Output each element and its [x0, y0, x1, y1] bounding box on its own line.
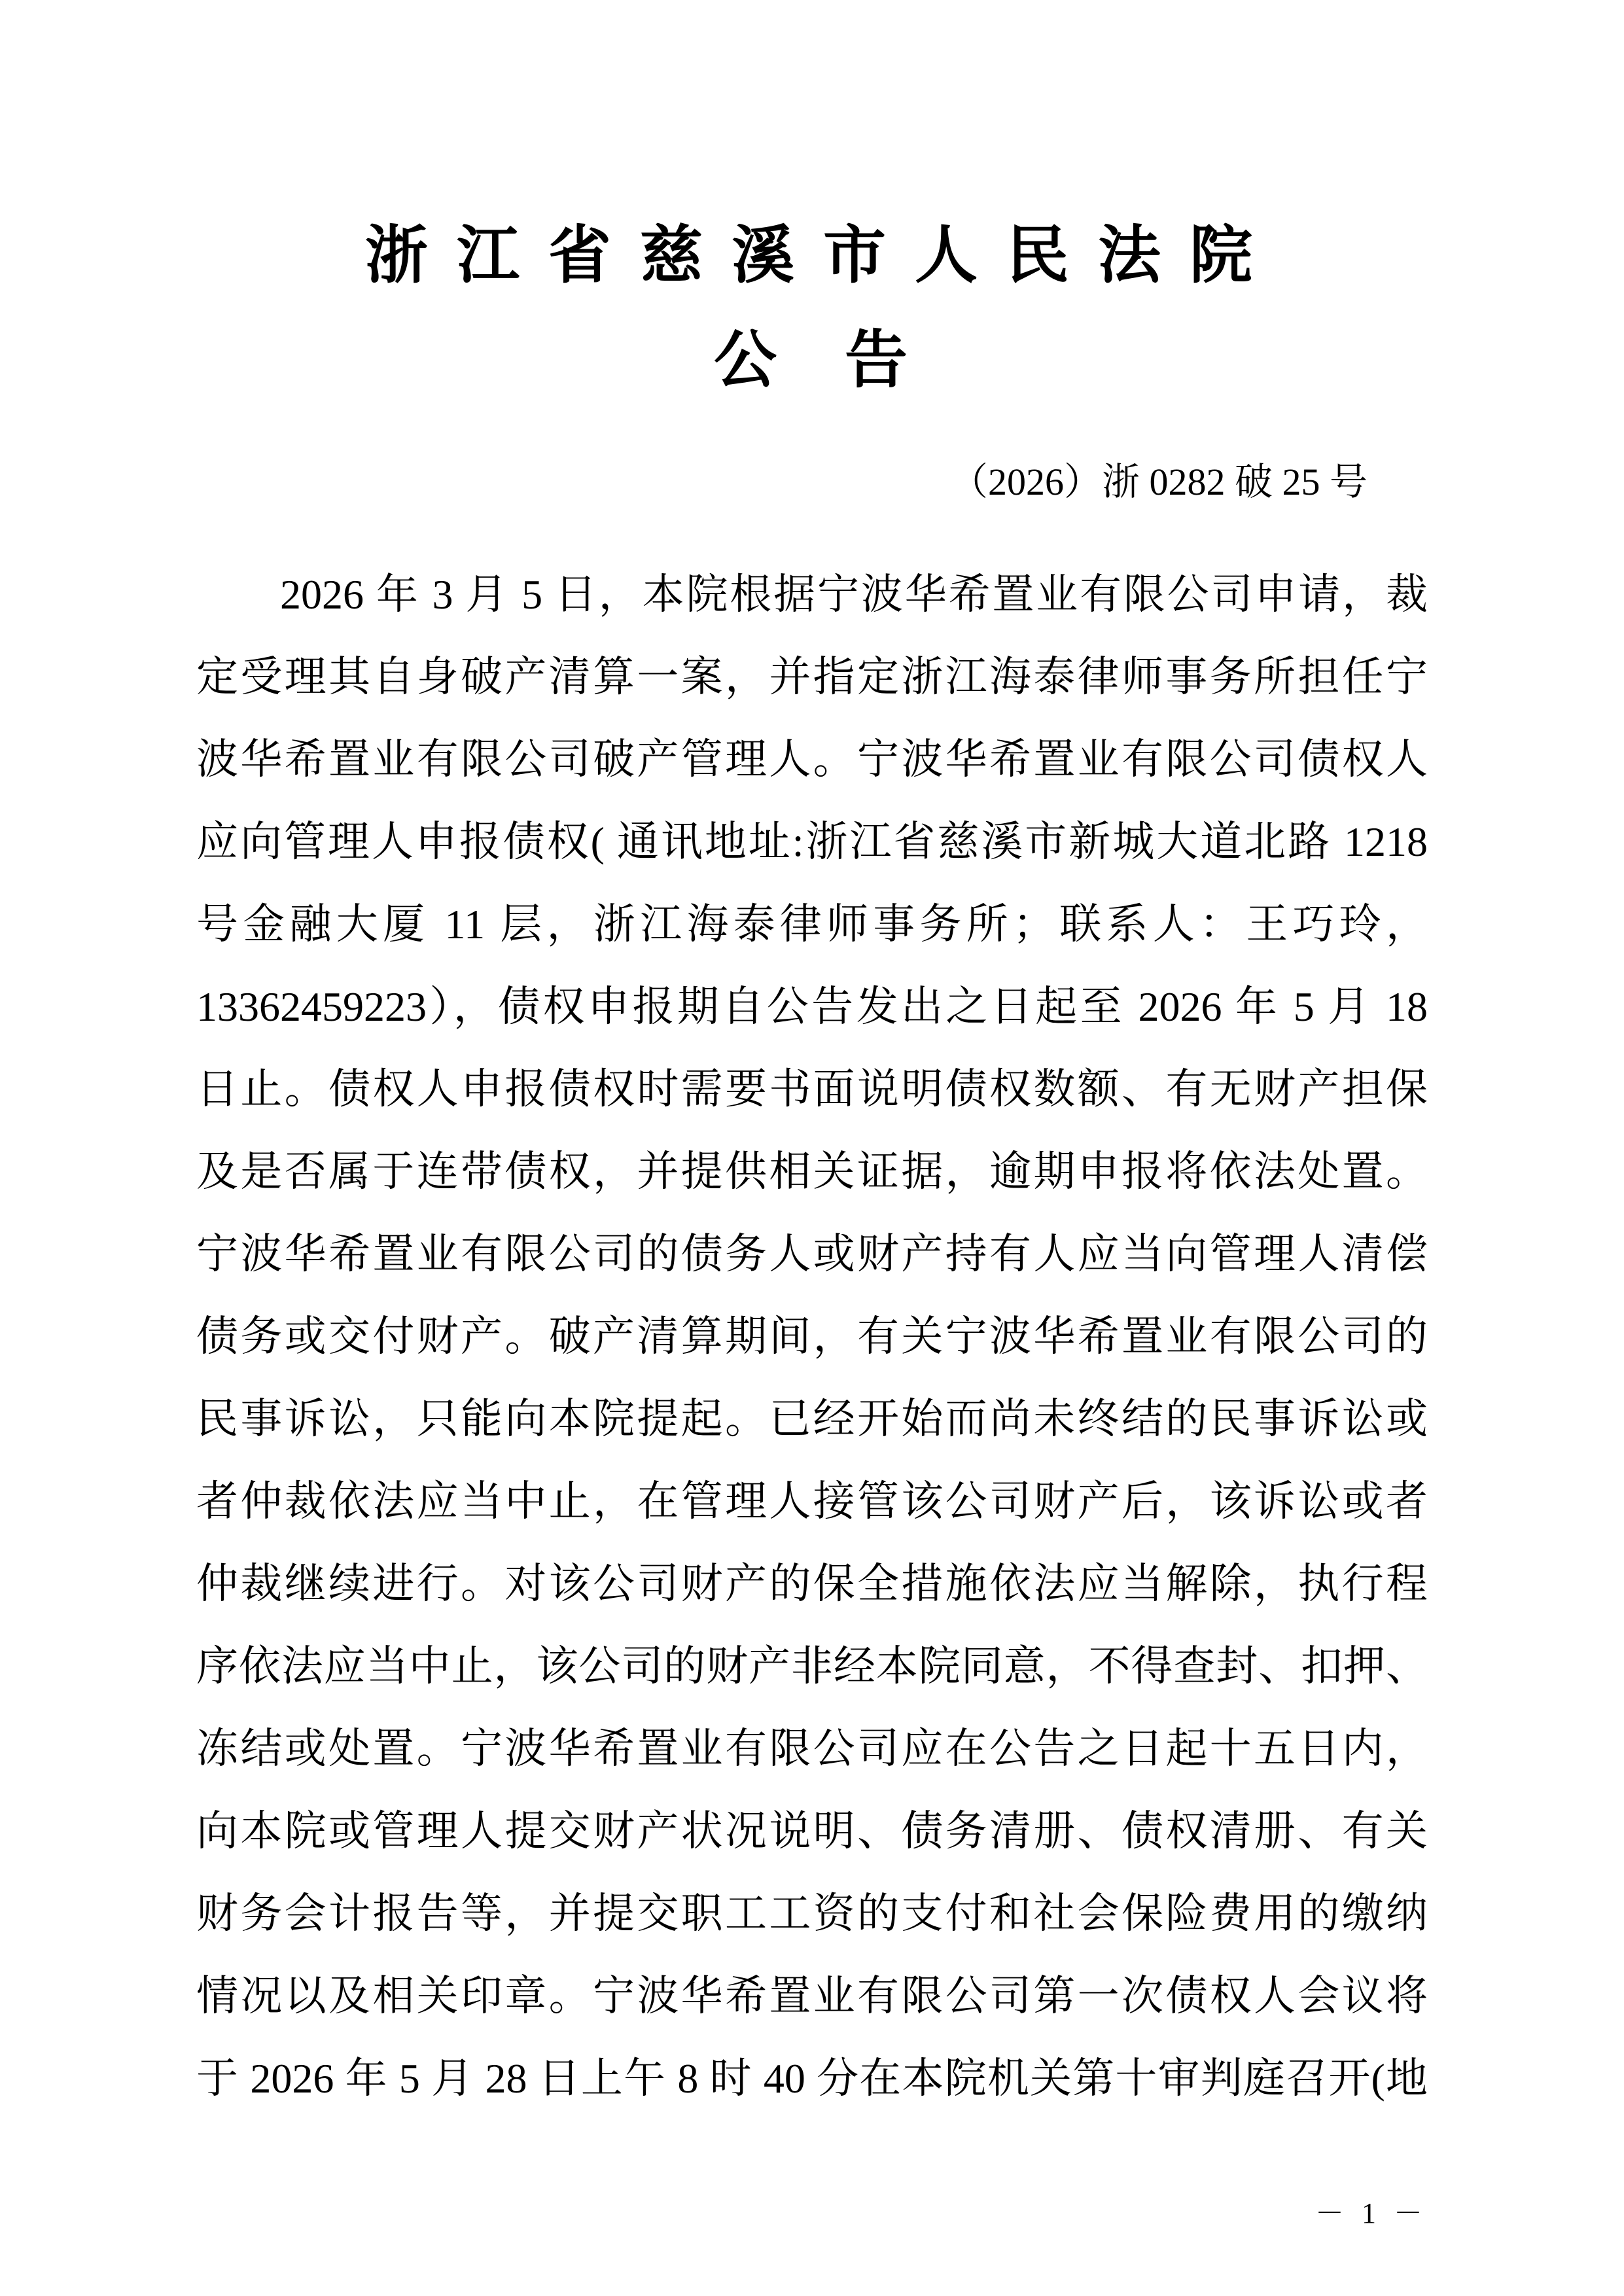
- announcement-page: 浙 江 省 慈 溪 市 人 民 法 院 公 告 （2026）浙 0282 破 2…: [0, 0, 1624, 2296]
- body-line: 向本院或管理人提交财产状况说明、债务清册、债权清册、有关: [196, 1790, 1428, 1873]
- body-line: 序依法应当中止，该公司的财产非经本院同意，不得查封、扣押、: [196, 1625, 1428, 1708]
- announcement-title: 公 告: [0, 326, 1624, 395]
- body-line: 财务会计报告等，并提交职工工资的支付和社会保险费用的缴纳: [196, 1873, 1428, 1955]
- body-line: 2026 年 3 月 5 日，本院根据宁波华希置业有限公司申请，裁: [196, 554, 1428, 636]
- body-line: 债务或交付财产。破产清算期间，有关宁波华希置业有限公司的: [196, 1296, 1428, 1378]
- body-line: 宁波华希置业有限公司的债务人或财产持有人应当向管理人清偿: [196, 1213, 1428, 1296]
- body-line: 定受理其自身破产清算一案，并指定浙江海泰律师事务所担任宁: [196, 636, 1428, 718]
- body-paragraph: 2026 年 3 月 5 日，本院根据宁波华希置业有限公司申请，裁定受理其自身破…: [196, 554, 1428, 2120]
- page-number: － 1 －: [1315, 2189, 1428, 2231]
- body-line: 日止。债权人申报债权时需要书面说明债权数额、有无财产担保: [196, 1048, 1428, 1131]
- body-line: 应向管理人申报债权( 通讯地址:浙江省慈溪市新城大道北路 1218: [196, 801, 1428, 883]
- body-line: 及是否属于连带债权，并提供相关证据，逾期申报将依法处置。: [196, 1131, 1428, 1213]
- body-line: 冻结或处置。宁波华希置业有限公司应在公告之日起十五日内，: [196, 1708, 1428, 1790]
- case-number: （2026）浙 0282 破 25 号: [950, 459, 1368, 505]
- court-name-heading: 浙 江 省 慈 溪 市 人 民 法 院: [0, 221, 1624, 291]
- body-line: 波华希置业有限公司破产管理人。宁波华希置业有限公司债权人: [196, 718, 1428, 801]
- body-line: 号金融大厦 11 层，浙江海泰律师事务所；联系人：王巧玲，: [196, 883, 1428, 966]
- body-line: 民事诉讼，只能向本院提起。已经开始而尚未终结的民事诉讼或: [196, 1378, 1428, 1460]
- body-line: 于 2026 年 5 月 28 日上午 8 时 40 分在本院机关第十审判庭召开…: [196, 2038, 1428, 2120]
- body-line: 仲裁继续进行。对该公司财产的保全措施依法应当解除，执行程: [196, 1543, 1428, 1625]
- body-line: 者仲裁依法应当中止，在管理人接管该公司财产后，该诉讼或者: [196, 1460, 1428, 1543]
- body-line: 情况以及相关印章。宁波华希置业有限公司第一次债权人会议将: [196, 1955, 1428, 2038]
- body-line: 13362459223），债权申报期自公告发出之日起至 2026 年 5 月 1…: [196, 966, 1428, 1048]
